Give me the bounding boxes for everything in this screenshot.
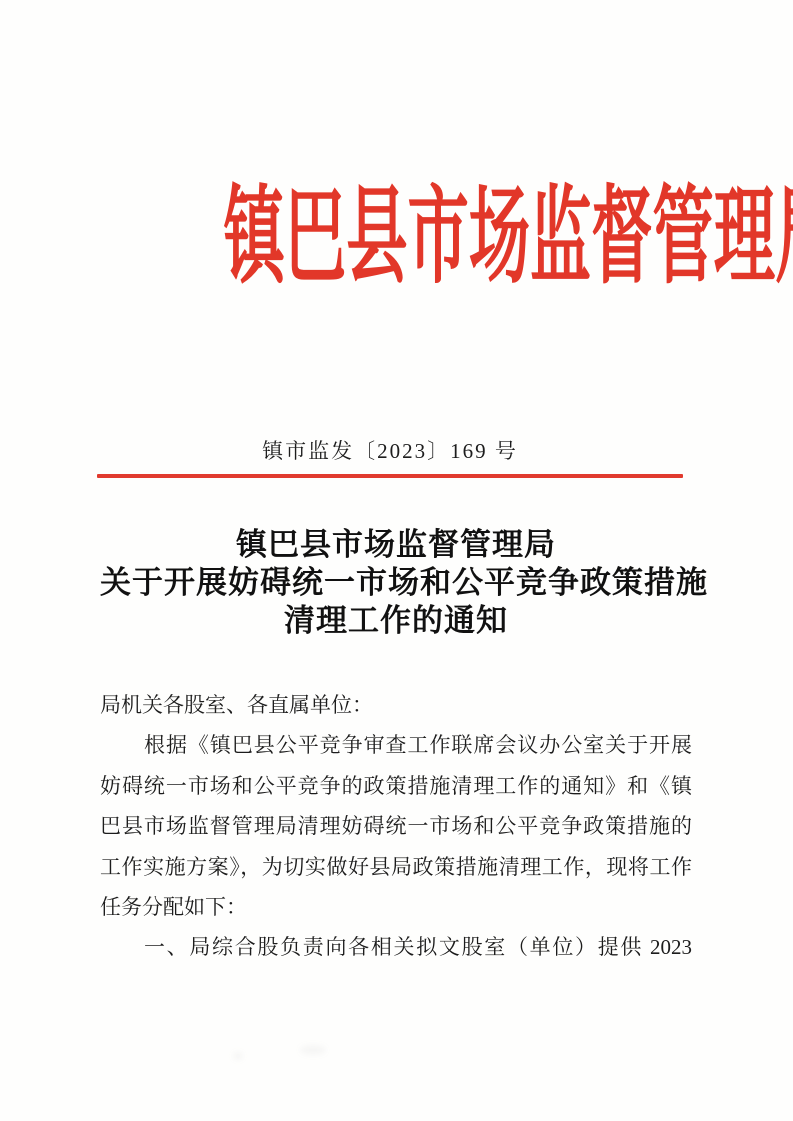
document-page: 镇巴县市场监督管理局 镇市监发〔2023〕169 号 镇巴县市场监督管理局 关于…: [0, 0, 793, 1121]
red-header-divider: [97, 474, 683, 478]
notice-title: 镇巴县市场监督管理局 关于开展妨碍统一市场和公平竞争政策措施 清理工作的通知: [100, 526, 692, 640]
notice-body: 局机关各股室、各直属单位：根据《镇巴县公平竞争审查工作联席会议办公室关于开展妨碍…: [100, 685, 692, 968]
body-text-line: 局机关各股室、各直属单位：: [100, 685, 692, 725]
body-text-line: 任务分配如下：: [100, 887, 692, 927]
body-text-line: 妨碍统一市场和公平竞争的政策措施清理工作的通知》和《镇: [100, 766, 692, 806]
notice-title-line: 镇巴县市场监督管理局: [100, 526, 692, 564]
body-text-line: 巴县市场监督管理局清理妨碍统一市场和公平竞争政策措施的: [100, 806, 692, 846]
scan-smudge: [233, 1052, 243, 1060]
scan-smudge: [300, 1045, 326, 1055]
notice-title-line: 关于开展妨碍统一市场和公平竞争政策措施: [100, 564, 692, 602]
notice-title-line: 清理工作的通知: [100, 602, 692, 640]
body-text-line: 根据《镇巴县公平竞争审查工作联席会议办公室关于开展: [100, 725, 692, 765]
agency-masthead-text: 镇巴县市场监督管理局: [224, 183, 793, 293]
body-text-line: 工作实施方案》，为切实做好县局政策措施清理工作，现将工作: [100, 847, 692, 887]
agency-masthead: 镇巴县市场监督管理局: [0, 183, 793, 293]
document-reference-number: 镇市监发〔2023〕169 号: [97, 436, 683, 466]
body-text-line: 一、局综合股负责向各相关拟文股室（单位）提供 2023: [100, 927, 692, 967]
